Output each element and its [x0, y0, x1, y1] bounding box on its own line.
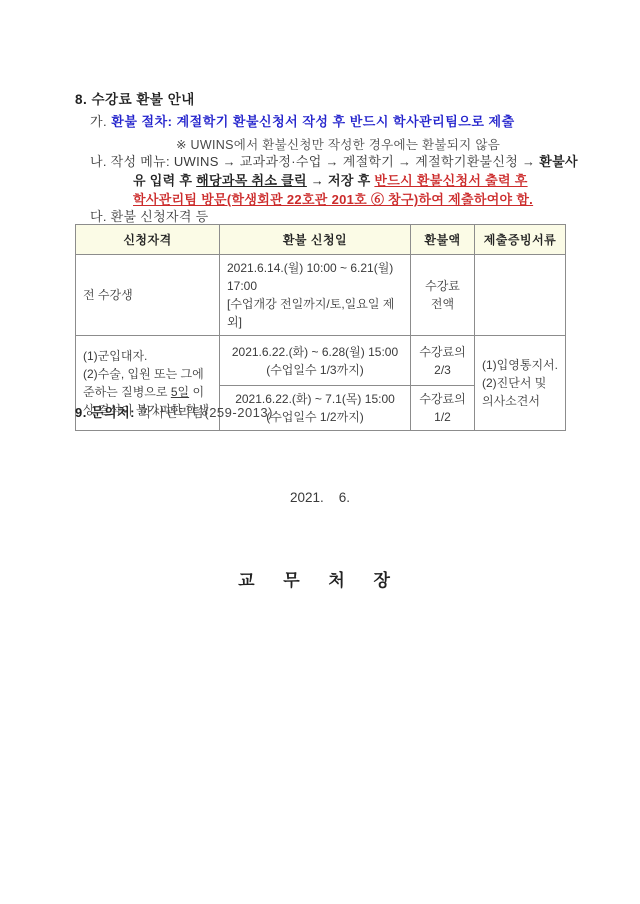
signature-dean: 교 무 처 장	[0, 566, 640, 591]
menu-path: UWINS → 교과과정·수업 → 계절학기 → 계절학기환불신청 →	[174, 154, 539, 169]
section8-heading: 8. 수강료 환불 안내	[75, 88, 195, 108]
refund-procedure-text: 환불 절차: 계절학기 환불신청서 작성 후 반드시 학사관리팀으로 제출	[111, 114, 514, 129]
menu-path-bold-carry: 환불사	[539, 154, 578, 169]
cell-date-one-third: 2021.6.22.(화) ~ 6.28(월) 15:00 (수업일수 1/3까…	[220, 336, 411, 386]
cell-date-all-students: 2021.6.14.(월) 10:00 ~ 6.21(월) 17:00 [수업개…	[220, 255, 411, 336]
refund-table: 신청자격 환불 신청일 환불액 제출증빙서류 전 수강생 2021.6.14.(…	[75, 224, 566, 431]
table-row-all-students: 전 수강생 2021.6.14.(월) 10:00 ~ 6.21(월) 17:0…	[76, 255, 566, 336]
cell-amount-two-thirds: 수강료의 2/3	[411, 336, 475, 386]
table-header-row: 신청자격 환불 신청일 환불액 제출증빙서류	[76, 225, 566, 255]
menu-step-input: 유 입력 후	[133, 173, 196, 188]
qualification-military: (1)군입대자.	[83, 347, 212, 365]
menu-path-line-1: 나. 작성 메뉴: UWINS → 교과과정·수업 → 계절학기 → 계절학기환…	[90, 151, 578, 170]
refund-qualification-line: 다. 환불 신청자격 등	[90, 206, 209, 225]
contact-value: 학사관리팀(259-2013)	[139, 405, 273, 420]
menu-step-save: → 저장 후	[307, 173, 375, 188]
qualification-days-underlined: 5일	[171, 385, 189, 399]
item-ga-label: 가.	[90, 114, 111, 129]
menu-path-line-2: 유 입력 후 해당과목 취소 클릭 → 저장 후 반드시 환불신청서 출력 후	[133, 170, 528, 189]
header-qualification: 신청자격	[76, 225, 220, 255]
print-warning-part2: 학사관리팀 방문(학생회관 22호관 201호 ⑥ 창구)하여 제출하여야 함.	[133, 192, 533, 207]
header-refund-amount: 환불액	[411, 225, 475, 255]
contact-line: 9. 문의처: 학사관리팀(259-2013)	[75, 402, 273, 421]
cell-qualification-all-students: 전 수강생	[76, 255, 220, 336]
cell-documents-all-students	[475, 255, 566, 336]
cell-amount-one-half: 수강료의 1/2	[411, 386, 475, 431]
cell-documents-special: (1)입영통지서. (2)진단서 및 의사소견서	[475, 336, 566, 431]
document-date: 2021. 6.	[0, 490, 640, 505]
refund-procedure-line: 가. 환불 절차: 계절학기 환불신청서 작성 후 반드시 학사관리팀으로 제출	[90, 111, 515, 130]
menu-step-cancel-click: 해당과목 취소 클릭	[196, 173, 307, 188]
item-na-label: 나. 작성 메뉴:	[90, 154, 174, 169]
print-warning-part1: 반드시 환불신청서 출력 후	[374, 173, 527, 188]
header-refund-date: 환불 신청일	[220, 225, 411, 255]
contact-label: 9. 문의처:	[75, 405, 139, 420]
header-documents: 제출증빙서류	[475, 225, 566, 255]
table-row-special-1: (1)군입대자.(2)수술, 입원 또는 그에 준하는 질병으로 5일 이상 결…	[76, 336, 566, 386]
cell-amount-all-students: 수강료 전액	[411, 255, 475, 336]
document-page: 8. 수강료 환불 안내 가. 환불 절차: 계절학기 환불신청서 작성 후 반…	[0, 0, 640, 904]
